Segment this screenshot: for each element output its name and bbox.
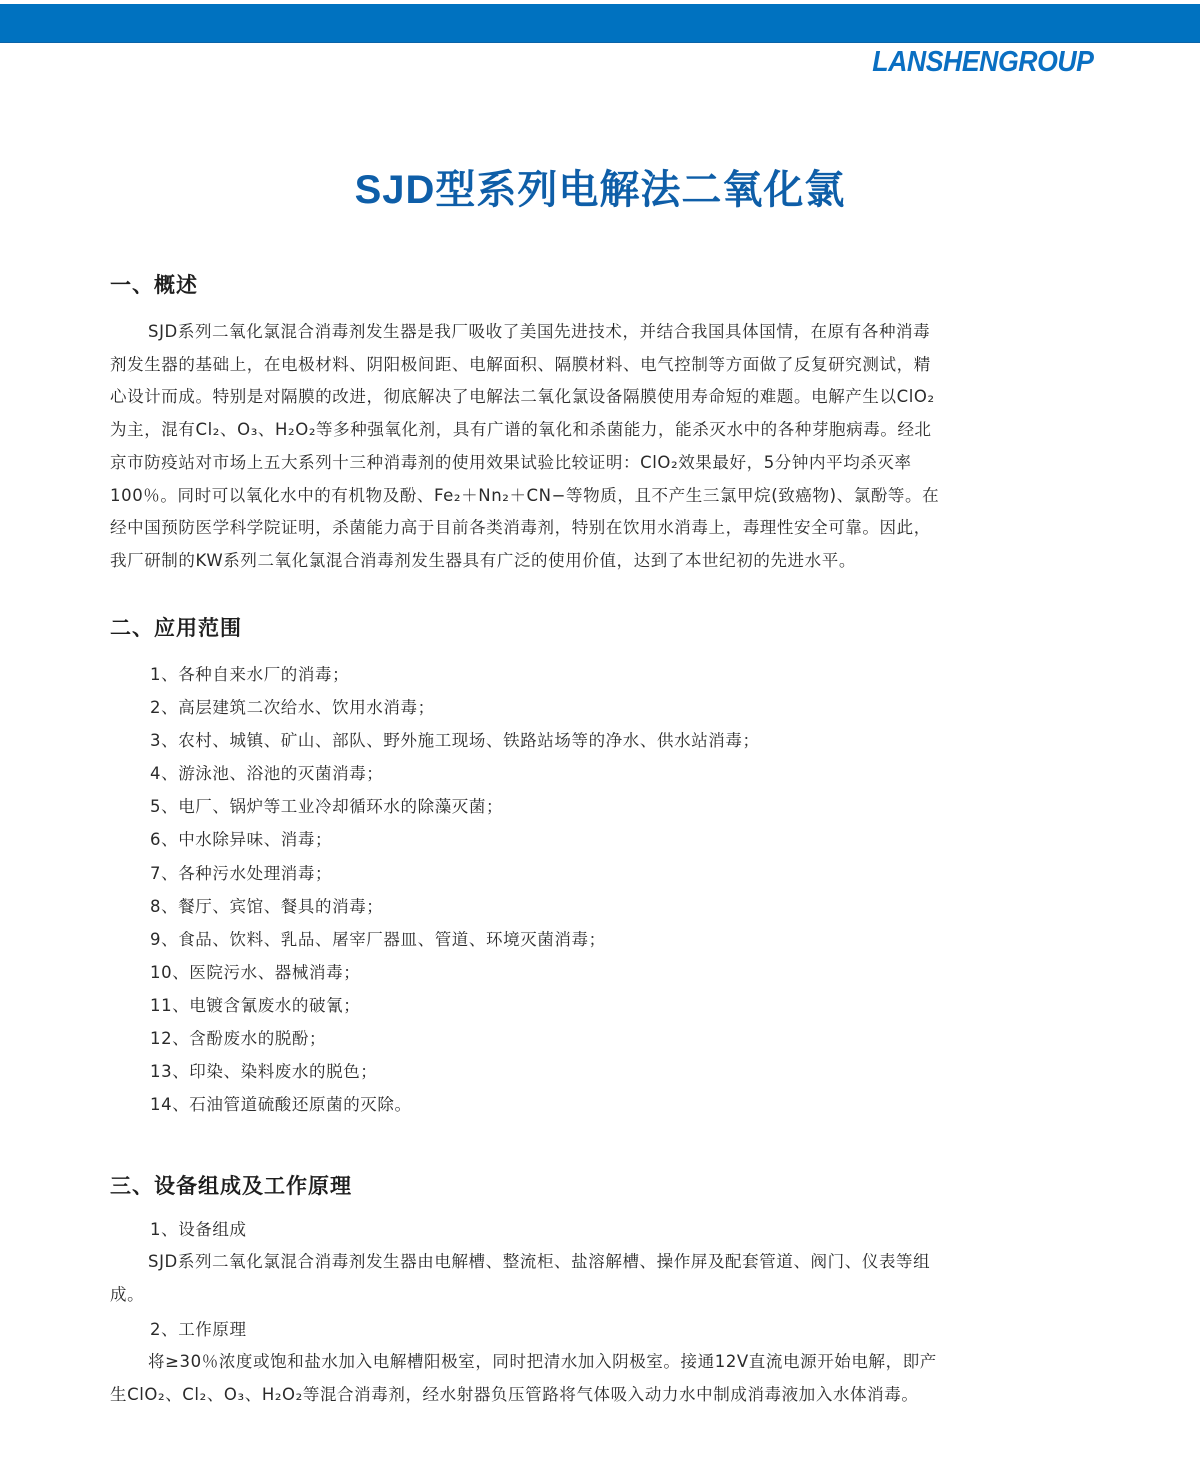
section-heading-overview: 一、概述 [110, 269, 198, 299]
paragraph-line: 我厂研制的KW系列二氧化氯混合消毒剂发生器具有广泛的使用价值，达到了本世纪初的先… [110, 545, 1060, 578]
paragraph-line: 生ClO₂、Cl₂、O₃、H₂O₂等混合消毒剂，经水射器负压管路将气体吸入动力水… [110, 1379, 1060, 1412]
principle-paragraph: 将≥30％浓度或饱和盐水加入电解槽阳极室，同时把清水加入阴极室。接通12V直流电… [110, 1346, 1060, 1411]
company-logo: LANSHENGROUP [873, 46, 1094, 79]
paragraph-line: 成。 [110, 1279, 1060, 1312]
list-item: 2、高层建筑二次给水、饮用水消毒； [150, 691, 760, 724]
paragraph-line: SJD系列二氧化氯混合消毒剂发生器是我厂吸收了美国先进技术，并结合我国具体国情，… [110, 316, 1060, 349]
paragraph-line: 100％。同时可以氧化水中的有机物及酚、Fe₂＋Nn₂＋CN−等物质，且不产生三… [110, 480, 1060, 513]
composition-paragraph: SJD系列二氧化氯混合消毒剂发生器由电解槽、整流柜、盐溶解槽、操作屏及配套管道、… [110, 1246, 1060, 1311]
paragraph-line: 心设计而成。特别是对隔膜的改进，彻底解决了电解法二氧化氯设备隔膜使用寿命短的难题… [110, 381, 1060, 414]
list-item: 3、农村、城镇、矿山、部队、野外施工现场、铁路站场等的净水、供水站消毒； [150, 724, 760, 757]
list-item: 10、医院污水、器械消毒； [150, 956, 760, 989]
list-item: 1、各种自来水厂的消毒； [150, 658, 760, 691]
paragraph-line: 为主，混有Cl₂、O₃、H₂O₂等多种强氧化剂，具有广谱的氧化和杀菌能力，能杀灭… [110, 414, 1060, 447]
section-heading-composition-principle: 三、设备组成及工作原理 [110, 1170, 352, 1200]
subsection-heading-principle: 2、工作原理 [150, 1316, 247, 1340]
header-bar [0, 4, 1200, 43]
overview-paragraph: SJD系列二氧化氯混合消毒剂发生器是我厂吸收了美国先进技术，并结合我国具体国情，… [110, 316, 1060, 578]
list-item: 5、电厂、锅炉等工业冷却循环水的除藻灭菌； [150, 790, 760, 823]
subsection-heading-composition: 1、设备组成 [150, 1216, 247, 1240]
paragraph-line: 将≥30％浓度或饱和盐水加入电解槽阳极室，同时把清水加入阴极室。接通12V直流电… [110, 1346, 1060, 1379]
list-item: 9、食品、饮料、乳品、屠宰厂器皿、管道、环境灭菌消毒； [150, 923, 760, 956]
paragraph-line: 京市防疫站对市场上五大系列十三种消毒剂的使用效果试验比较证明：ClO₂效果最好，… [110, 447, 1060, 480]
paragraph-line: SJD系列二氧化氯混合消毒剂发生器由电解槽、整流柜、盐溶解槽、操作屏及配套管道、… [110, 1246, 1060, 1279]
list-item: 8、餐厅、宾馆、餐具的消毒； [150, 890, 760, 923]
paragraph-line: 经中国预防医学科学院证明，杀菌能力高于目前各类消毒剂，特别在饮用水消毒上，毒理性… [110, 512, 1060, 545]
list-item: 4、游泳池、浴池的灭菌消毒； [150, 757, 760, 790]
section-heading-applications: 二、应用范围 [110, 612, 242, 642]
list-item: 12、含酚废水的脱酚； [150, 1022, 760, 1055]
list-item: 13、印染、染料废水的脱色； [150, 1055, 760, 1088]
paragraph-line: 剂发生器的基础上，在电极材料、阴阳极间距、电解面积、隔膜材料、电气控制等方面做了… [110, 349, 1060, 382]
list-item: 11、电镀含氰废水的破氰； [150, 989, 760, 1022]
list-item: 7、各种污水处理消毒； [150, 857, 760, 890]
page-title: SJD型系列电解法二氧化氯 [0, 158, 1200, 215]
list-item: 14、石油管道硫酸还原菌的灭除。 [150, 1088, 760, 1121]
list-item: 6、中水除异味、消毒； [150, 823, 760, 856]
applications-list: 1、各种自来水厂的消毒； 2、高层建筑二次给水、饮用水消毒； 3、农村、城镇、矿… [150, 658, 760, 1121]
